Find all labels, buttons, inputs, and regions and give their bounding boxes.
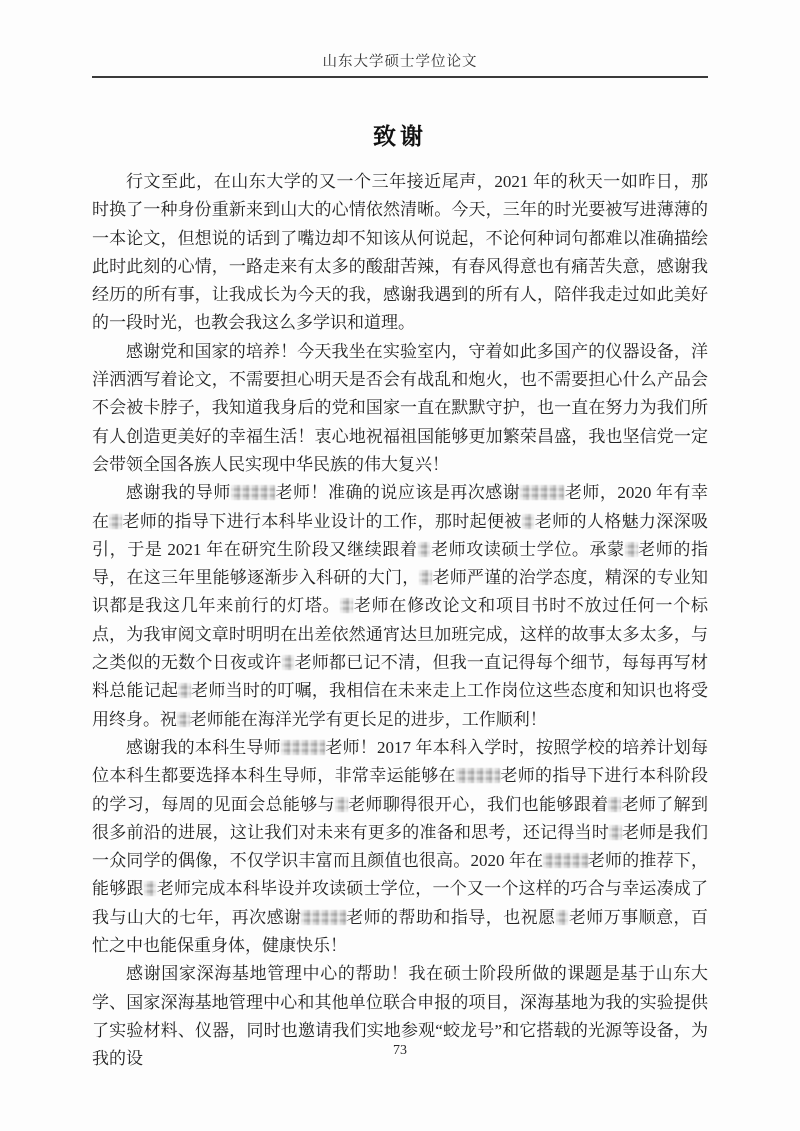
paragraph: 感谢我的本科生导师老师！2017 年本科入学时，按照学校的培养计划每位本科生都要…: [92, 734, 708, 960]
redacted-name: [456, 768, 500, 783]
redacted-name: [231, 485, 275, 500]
redacted-name: [144, 881, 157, 896]
running-header: 山东大学硕士学位论文: [92, 50, 708, 71]
section-title: 致谢: [0, 118, 800, 151]
redacted-name: [609, 825, 622, 840]
redacted-name: [522, 514, 535, 529]
redacted-name: [418, 542, 431, 557]
redacted-name: [556, 910, 569, 925]
thesis-page: 山东大学硕士学位论文 致谢 行文至此，在山东大学的又一个三年接近尾声，2021 …: [0, 0, 800, 1131]
redacted-name: [543, 853, 587, 868]
redacted-name: [281, 740, 325, 755]
paragraph: 感谢党和国家的培养！今天我坐在实验室内，守着如此多国产的仪器设备，洋洋洒洒写着论…: [92, 338, 708, 479]
body-text: 行文至此，在山东大学的又一个三年接近尾声，2021 年的秋天一如昨日，那时换了一…: [92, 168, 708, 1074]
redacted-name: [178, 683, 191, 698]
redacted-name: [608, 797, 621, 812]
redacted-name: [109, 514, 122, 529]
header-rule: [92, 76, 708, 78]
paragraph: 行文至此，在山东大学的又一个三年接近尾声，2021 年的秋天一如昨日，那时换了一…: [92, 168, 708, 338]
paragraph: 感谢我的导师老师！准确的说应该是再次感谢老师，2020 年有幸在老师的指导下进行…: [92, 479, 708, 734]
redacted-name: [625, 542, 638, 557]
redacted-name: [419, 570, 432, 585]
redacted-name: [335, 797, 348, 812]
redacted-name: [340, 598, 353, 613]
page-number: 73: [0, 1043, 800, 1059]
redacted-name: [301, 910, 345, 925]
redacted-name: [520, 485, 564, 500]
redacted-name: [177, 712, 190, 727]
redacted-name: [282, 655, 295, 670]
